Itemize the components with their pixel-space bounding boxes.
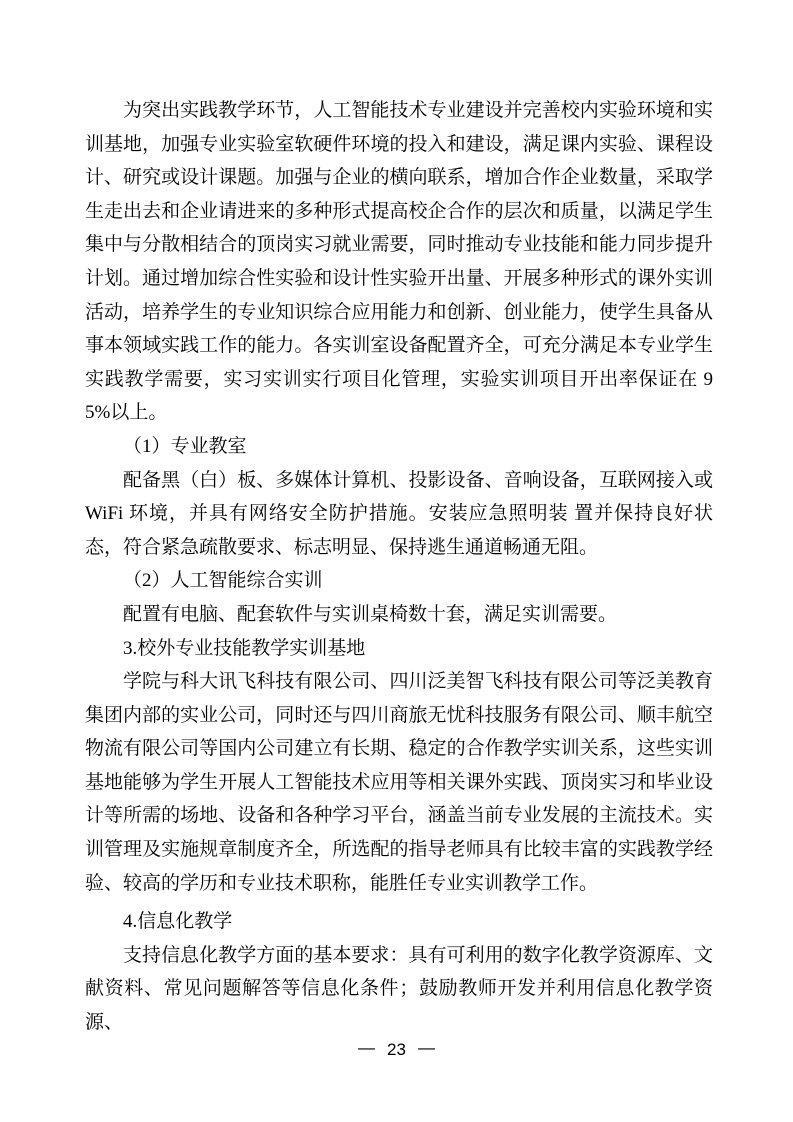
body-paragraph-informatization-requirements: 支持信息化教学方面的基本要求：具有可利用的数字化教学资源库、文献资料、常见问题解… xyxy=(85,939,713,1040)
body-paragraph-training-equipment: 配置有电脑、配套软件与实训桌椅数十套，满足实训需要。 xyxy=(85,598,713,632)
document-body: 为突出实践教学环节，人工智能技术专业建设并完善校内实验环境和实训基地，加强专业实… xyxy=(85,94,713,1040)
page-footer: —23— xyxy=(0,1040,793,1060)
footer-dash-left: — xyxy=(358,1038,375,1058)
body-paragraph-classroom-equipment: 配备黑（白）板、多媒体计算机、投影设备、音响设备，互联网接入或 WiFi 环境，… xyxy=(85,464,713,565)
body-paragraph-partner-companies: 学院与科大讯飞科技有限公司、四川泛美智飞科技有限公司等泛美教育集团内部的实业公司… xyxy=(85,665,713,900)
body-paragraph-practical-teaching: 为突出实践教学环节，人工智能技术专业建设并完善校内实验环境和实训基地，加强专业实… xyxy=(85,94,713,430)
subheading-2-ai-comprehensive-training: （2）人工智能综合实训 xyxy=(85,564,713,598)
document-page: 为突出实践教学环节，人工智能技术专业建设并完善校内实验环境和实训基地，加强专业实… xyxy=(0,0,793,1122)
footer-dash-right: — xyxy=(418,1038,435,1058)
subheading-1-professional-classroom: （1）专业教室 xyxy=(85,430,713,464)
heading-4-informatization-teaching: 4.信息化教学 xyxy=(85,905,713,939)
page-number: 23 xyxy=(387,1040,406,1060)
heading-3-offcampus-training-base: 3.校外专业技能教学实训基地 xyxy=(85,632,713,666)
